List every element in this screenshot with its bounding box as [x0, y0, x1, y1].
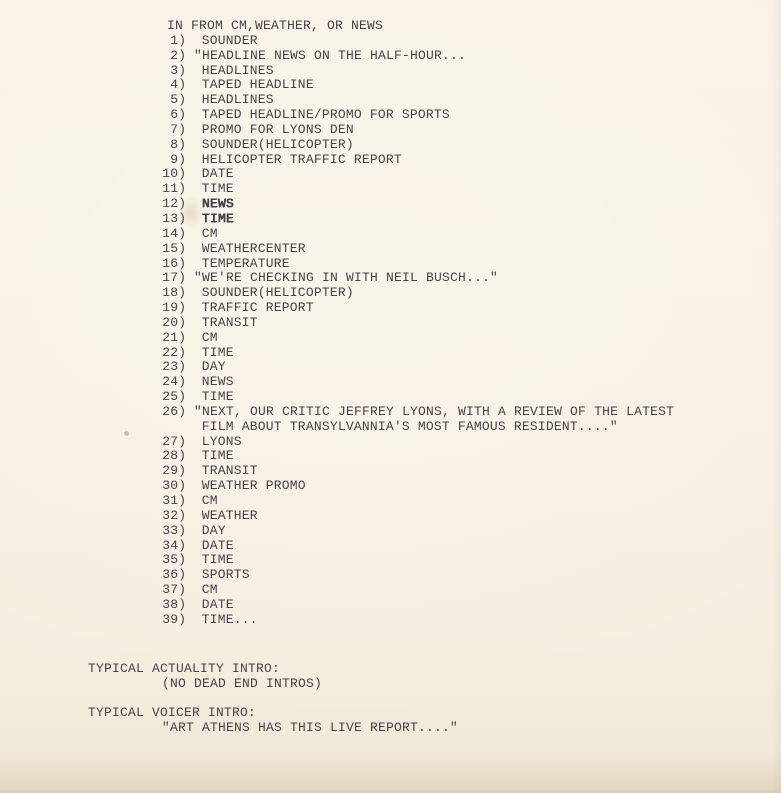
item-number: 24) — [155, 375, 186, 390]
list-item: 36)SPORTS — [155, 568, 674, 583]
list-item: 33)DAY — [155, 524, 674, 539]
list-item: 4)TAPED HEADLINE — [155, 78, 674, 93]
item-number: 26) — [155, 405, 186, 420]
item-number: 15) — [155, 242, 186, 257]
item-number: 19) — [155, 301, 186, 316]
list-item: 35)TIME — [155, 553, 674, 568]
item-number: 36) — [155, 568, 186, 583]
item-label: "WE'RE CHECKING IN WITH NEIL BUSCH..." — [194, 270, 498, 285]
item-label: DAY — [202, 359, 226, 374]
item-number: 37) — [155, 583, 186, 598]
list-item: 28)TIME — [155, 449, 674, 464]
actuality-intro-title: TYPICAL ACTUALITY INTRO: — [0, 662, 322, 677]
item-number: 13) — [155, 212, 186, 227]
item-label: TIME — [202, 211, 234, 226]
item-number: 16) — [155, 257, 186, 272]
item-number: 23) — [155, 360, 186, 375]
item-number: 11) — [155, 182, 186, 197]
item-number: 29) — [155, 464, 186, 479]
item-number: 6) — [155, 108, 186, 123]
item-number: 4) — [155, 78, 186, 93]
item-label: LYONS — [202, 434, 242, 449]
item-label: PROMO FOR LYONS DEN — [202, 122, 354, 137]
item-label: TIME — [202, 181, 234, 196]
item-number: 3) — [155, 64, 186, 79]
list-item: 26)"NEXT, OUR CRITIC JEFFREY LYONS, WITH… — [155, 405, 674, 420]
item-label: TIME... — [202, 612, 258, 627]
list-item: 5)HEADLINES — [155, 93, 674, 108]
list-item: 13)TIME — [155, 212, 674, 227]
list-item: 22)TIME — [155, 346, 674, 361]
list-item: 8)SOUNDER(HELICOPTER) — [155, 138, 674, 153]
list-item: 18)SOUNDER(HELICOPTER) — [155, 286, 674, 301]
item-label: "NEXT, OUR CRITIC JEFFREY LYONS, WITH A … — [194, 404, 674, 419]
list-item: 11)TIME — [155, 182, 674, 197]
item-label: CM — [202, 226, 218, 241]
list-item: 21)CM — [155, 331, 674, 346]
list-item: 15)WEATHERCENTER — [155, 242, 674, 257]
item-number: 7) — [155, 123, 186, 138]
list-item: 16)TEMPERATURE — [155, 257, 674, 272]
list-item: 38)DATE — [155, 598, 674, 613]
item-label: WEATHER PROMO — [202, 478, 306, 493]
item-label: HEADLINES — [202, 63, 274, 78]
item-label: TIME — [202, 448, 234, 463]
actuality-intro-block: TYPICAL ACTUALITY INTRO: (NO DEAD END IN… — [0, 662, 322, 692]
item-number: 5) — [155, 93, 186, 108]
item-label: FILM ABOUT TRANSYLVANNIA'S MOST FAMOUS R… — [202, 419, 618, 434]
item-number: 21) — [155, 331, 186, 346]
rundown-list: IN FROM CM,WEATHER, OR NEWS 1)SOUNDER2)"… — [0, 19, 674, 628]
item-number: 31) — [155, 494, 186, 509]
item-label: TRAFFIC REPORT — [202, 300, 314, 315]
item-label: TAPED HEADLINE — [202, 77, 314, 92]
voicer-intro-block: TYPICAL VOICER INTRO: "ART ATHENS HAS TH… — [0, 706, 458, 736]
item-number: 34) — [155, 539, 186, 554]
list-item: 1)SOUNDER — [155, 34, 674, 49]
item-label: HEADLINES — [202, 92, 274, 107]
list-item: 3)HEADLINES — [155, 64, 674, 79]
item-label: DATE — [202, 597, 234, 612]
item-number: 8) — [155, 138, 186, 153]
list-item: 12)NEWS — [155, 197, 674, 212]
list-item: 37)CM — [155, 583, 674, 598]
item-label: TEMPERATURE — [202, 256, 290, 271]
item-label: TRANSIT — [202, 315, 258, 330]
item-number: 39) — [155, 613, 186, 628]
voicer-intro-title: TYPICAL VOICER INTRO: — [0, 706, 458, 721]
item-number: 20) — [155, 316, 186, 331]
list-item: 10)DATE — [155, 167, 674, 182]
actuality-intro-note: (NO DEAD END INTROS) — [0, 677, 322, 692]
item-number: 22) — [155, 346, 186, 361]
voicer-intro-quote: "ART ATHENS HAS THIS LIVE REPORT...." — [0, 721, 458, 736]
item-number: 27) — [155, 435, 186, 450]
item-label: SOUNDER — [202, 33, 258, 48]
list-item: 31)CM — [155, 494, 674, 509]
item-number: 25) — [155, 390, 186, 405]
item-number: 12) — [155, 197, 186, 212]
item-number: 18) — [155, 286, 186, 301]
list-item: 32)WEATHER — [155, 509, 674, 524]
list-item: 2)"HEADLINE NEWS ON THE HALF-HOUR... — [155, 49, 674, 64]
list-item: FILM ABOUT TRANSYLVANNIA'S MOST FAMOUS R… — [155, 420, 674, 435]
list-header: IN FROM CM,WEATHER, OR NEWS — [167, 19, 674, 34]
list-item: 6)TAPED HEADLINE/PROMO FOR SPORTS — [155, 108, 674, 123]
item-number: 17) — [155, 271, 186, 286]
item-number: 9) — [155, 153, 186, 168]
list-item: 19)TRAFFIC REPORT — [155, 301, 674, 316]
list-item: 39)TIME... — [155, 613, 674, 628]
item-label: NEWS — [202, 196, 234, 211]
item-number: 28) — [155, 449, 186, 464]
item-number: 30) — [155, 479, 186, 494]
item-number: 35) — [155, 553, 186, 568]
list-item: 23)DAY — [155, 360, 674, 375]
item-label: SOUNDER(HELICOPTER) — [202, 137, 354, 152]
list-item: 34)DATE — [155, 539, 674, 554]
item-label: DATE — [202, 538, 234, 553]
item-label: HELICOPTER TRAFFIC REPORT — [202, 152, 402, 167]
item-label: DATE — [202, 166, 234, 181]
list-item: 29)TRANSIT — [155, 464, 674, 479]
item-label: TIME — [202, 389, 234, 404]
list-item: 7)PROMO FOR LYONS DEN — [155, 123, 674, 138]
item-label: WEATHER — [202, 508, 258, 523]
list-item: 24)NEWS — [155, 375, 674, 390]
item-label: DAY — [202, 523, 226, 538]
item-label: CM — [202, 493, 218, 508]
item-label: "HEADLINE NEWS ON THE HALF-HOUR... — [194, 48, 466, 63]
list-item: 14)CM — [155, 227, 674, 242]
list-item: 30)WEATHER PROMO — [155, 479, 674, 494]
item-number: 1) — [155, 34, 186, 49]
list-item: 20)TRANSIT — [155, 316, 674, 331]
list-item: 27)LYONS — [155, 435, 674, 450]
item-label: SOUNDER(HELICOPTER) — [202, 285, 354, 300]
item-number: 38) — [155, 598, 186, 613]
item-label: TIME — [202, 552, 234, 567]
item-number: 32) — [155, 509, 186, 524]
item-label: TIME — [202, 345, 234, 360]
item-label: WEATHERCENTER — [202, 241, 306, 256]
item-number: 14) — [155, 227, 186, 242]
typewritten-page: IN FROM CM,WEATHER, OR NEWS 1)SOUNDER2)"… — [0, 0, 781, 793]
item-label: NEWS — [202, 374, 234, 389]
item-number: 10) — [155, 167, 186, 182]
list-rows: 1)SOUNDER2)"HEADLINE NEWS ON THE HALF-HO… — [0, 34, 674, 628]
item-label: TAPED HEADLINE/PROMO FOR SPORTS — [202, 107, 450, 122]
item-number: 33) — [155, 524, 186, 539]
item-label: CM — [202, 582, 218, 597]
list-item: 17)"WE'RE CHECKING IN WITH NEIL BUSCH...… — [155, 271, 674, 286]
list-item: 9)HELICOPTER TRAFFIC REPORT — [155, 153, 674, 168]
list-item: 25)TIME — [155, 390, 674, 405]
item-label: CM — [202, 330, 218, 345]
item-number: 2) — [155, 49, 186, 64]
item-label: SPORTS — [202, 567, 250, 582]
item-label: TRANSIT — [202, 463, 258, 478]
